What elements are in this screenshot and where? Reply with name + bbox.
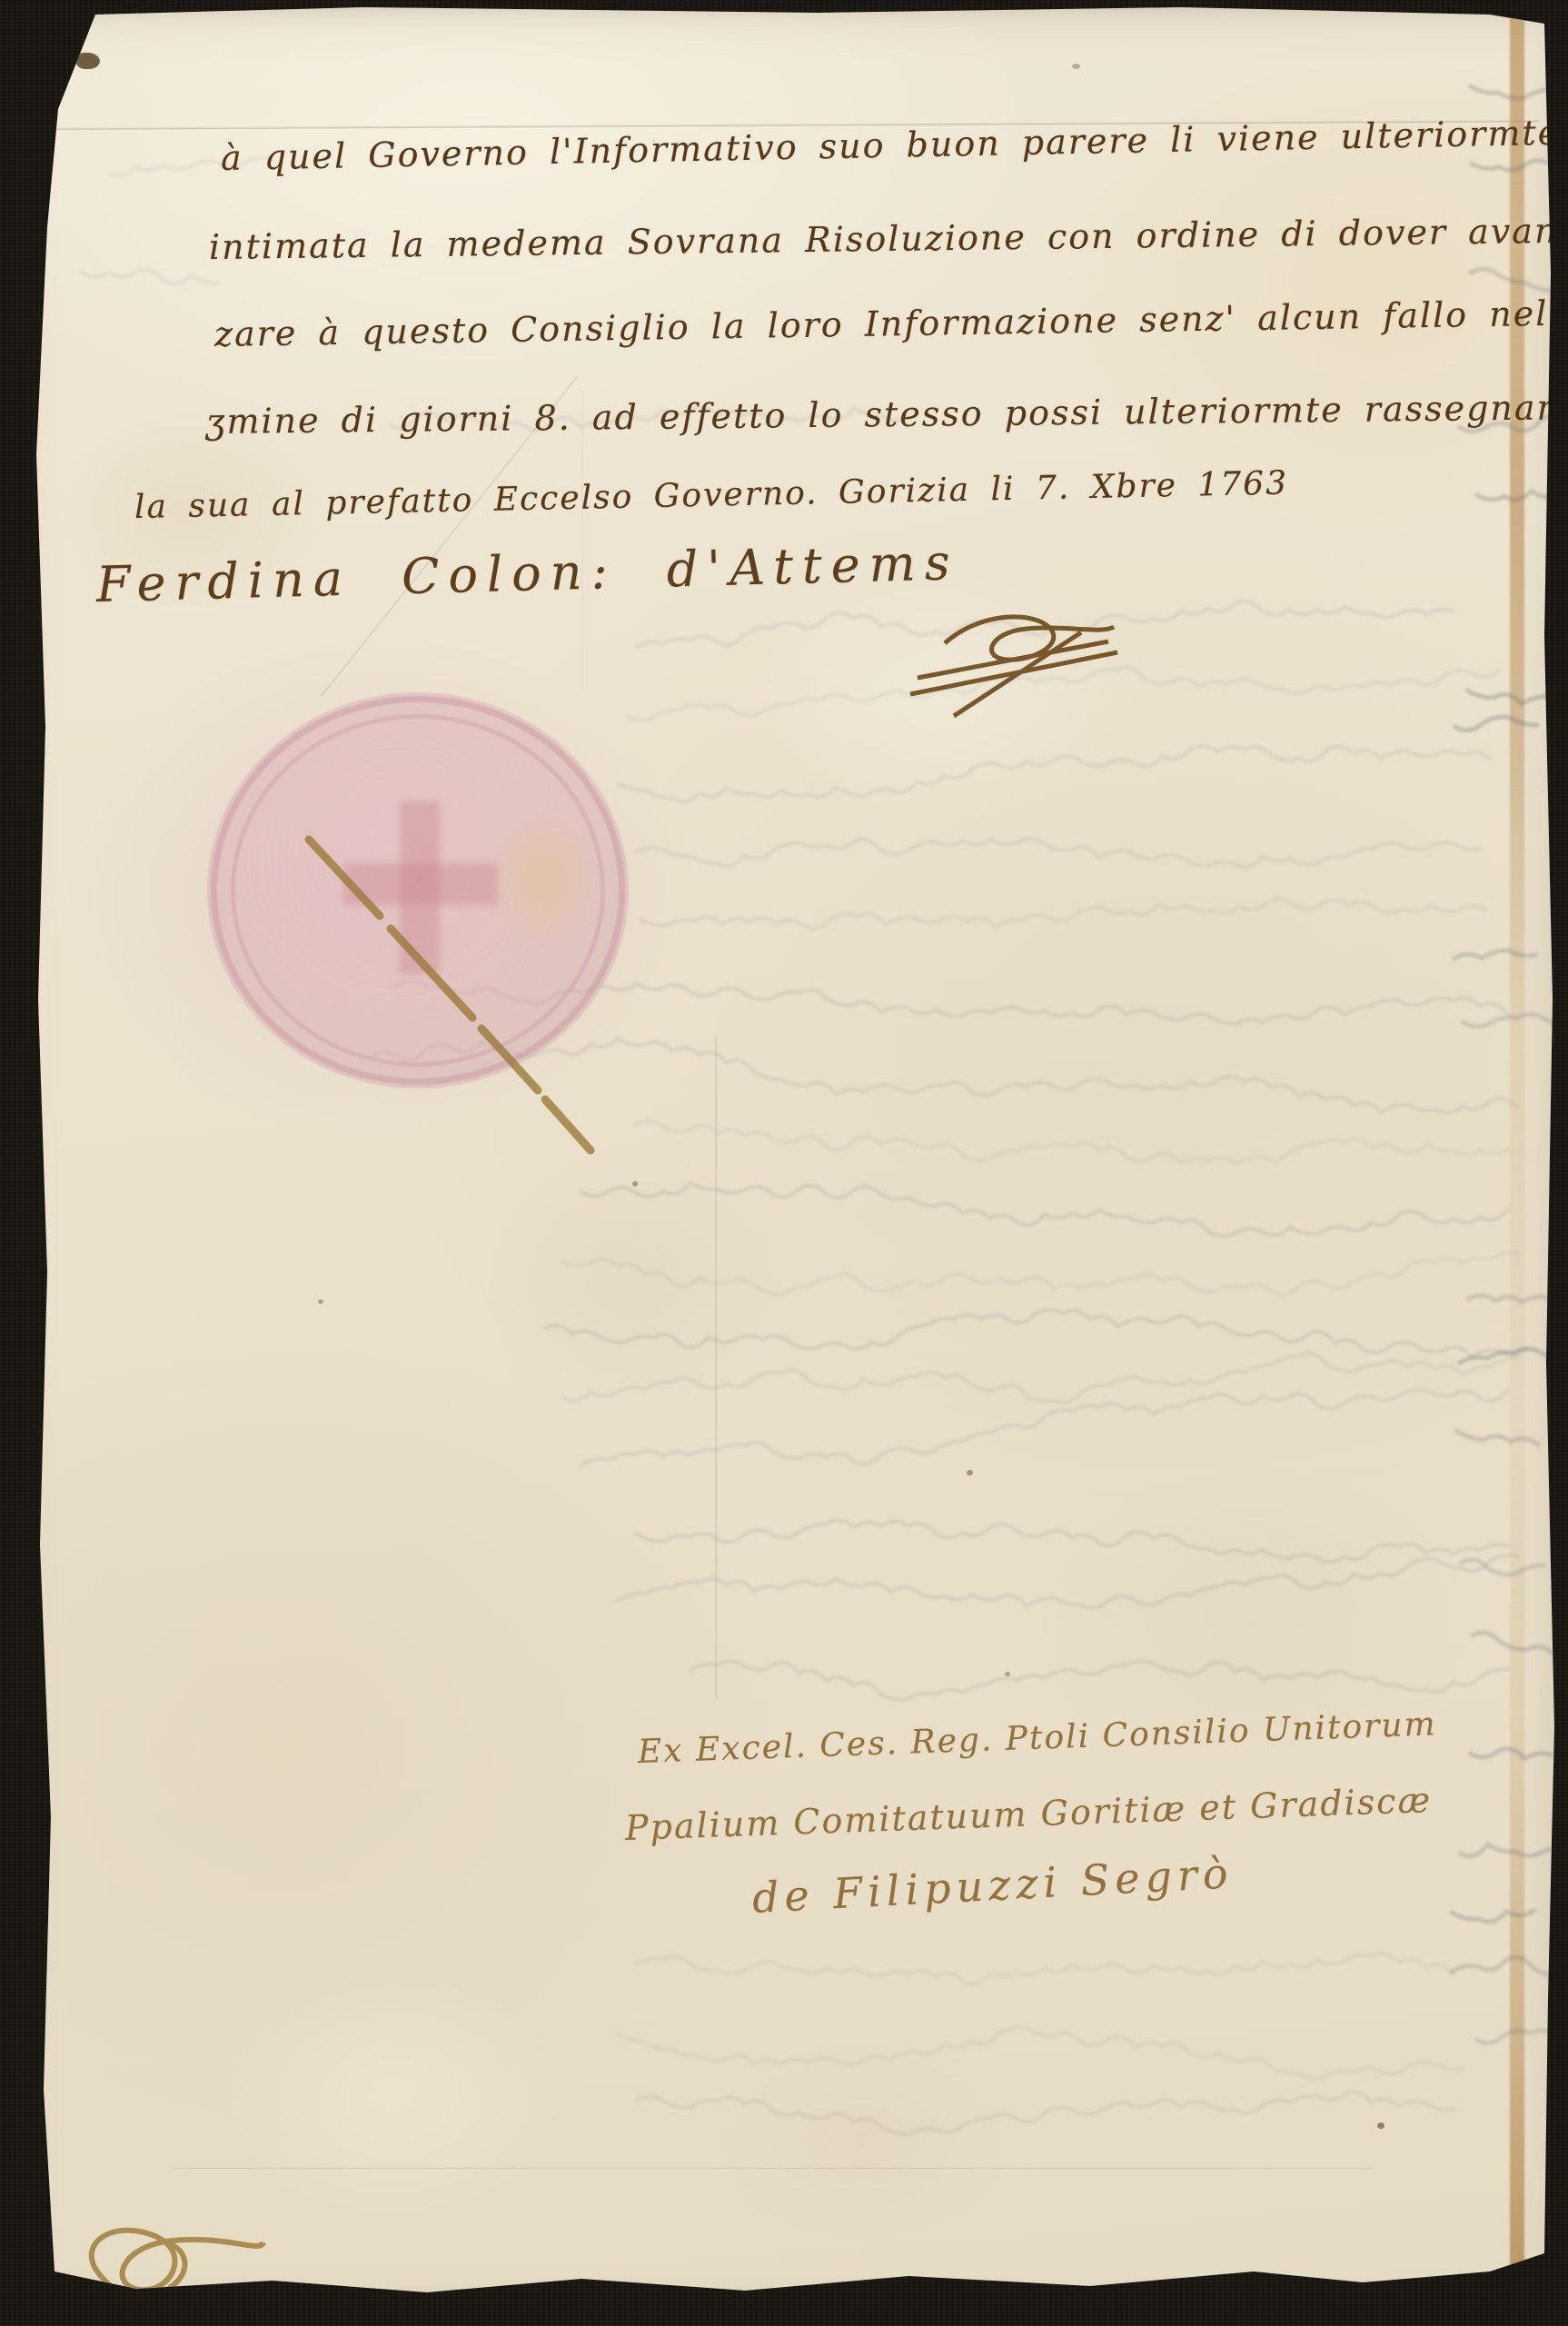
- ink-blot: [76, 53, 100, 69]
- paper-speck: [1005, 1672, 1010, 1676]
- paper-speck: [632, 1181, 638, 1187]
- signature-paraph-flourish: [890, 589, 1163, 734]
- paper-speck: [318, 1299, 323, 1304]
- paper-speck: [967, 1470, 973, 1476]
- manuscript-page: à quel Governo l'Informativo suo buon pa…: [0, 0, 1568, 2326]
- paper-speck: [1377, 2122, 1384, 2129]
- scanned-manuscript-photo: à quel Governo l'Informativo suo buon pa…: [0, 0, 1568, 2326]
- paper-speck: [1072, 64, 1080, 69]
- ink-doodle: [65, 2202, 302, 2326]
